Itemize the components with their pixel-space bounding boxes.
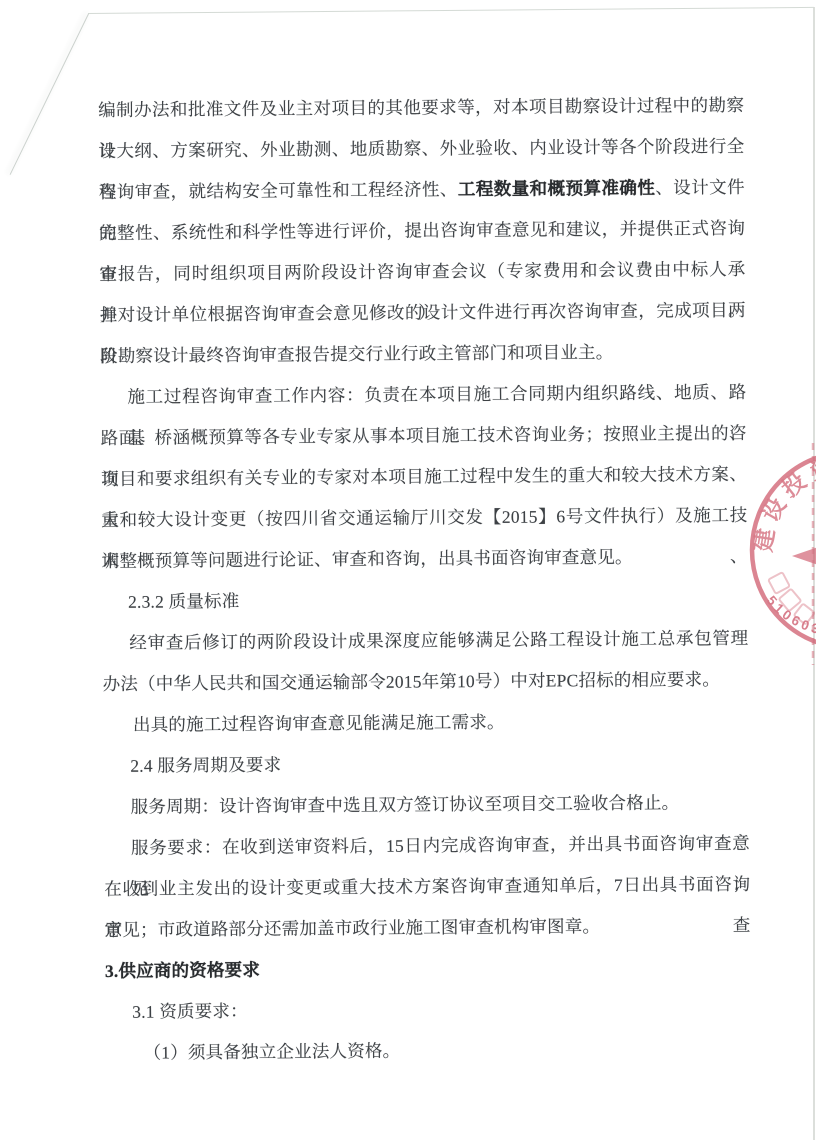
text-line: 3.供应商的资格要求 (105, 946, 751, 992)
text-segment: 3.1 资质要求： (132, 1001, 248, 1022)
text-line: 计大纲、方案研究、外业勘测、地质勘察、外业验收、内业设计等各个阶段进行全程 (98, 126, 744, 172)
text-line: 服务要求：在收到送审资料后，15日内完成咨询审查，并出具书面咨询审查意见； (104, 823, 750, 869)
text-segment: 段勘察设计最终咨询审查报告提交行业行政主管部门和项目业主。 (100, 342, 613, 366)
text-segment: 2.4 服务周期及要求 (130, 755, 281, 776)
text-line: 2.3.2 质量标准 (102, 577, 748, 623)
text-line: 2.4 服务周期及要求 (103, 741, 749, 787)
stamp-outer-ring (752, 452, 816, 648)
text-line: 完整性、系统性和科学性等进行评价，提出咨询审查意见和建议，并提供正式咨询审 (99, 208, 745, 254)
text-segment: 经审查后修订的两阶段设计成果深度应能够满足公路工程设计施工总承包管理 (129, 628, 748, 653)
text-segment: 咨询审查，就结构安全可靠性和工程经济性、 (99, 179, 458, 202)
stamp-serial-number: 5106035 (764, 593, 816, 638)
stamp-smudge-glyphs (768, 572, 815, 624)
text-line: 咨询审查，就结构安全可靠性和工程经济性、工程数量和概预算准确性、设计文件的 (99, 167, 745, 213)
document-text: 编制办法和批准文件及业主对项目的其他要求等，对本项目勘察设计过程中的勘察设计大纲… (98, 85, 752, 1074)
text-line: 查报告，同时组织项目两阶段设计咨询审查会议（专家费用和会议费由中标人承担）。 (99, 249, 745, 295)
text-line: 办法（中华人民共和国交通运输部令2015年第10号）中对EPC招标的相应要求。 (103, 659, 749, 705)
text-segment: 调整概预算等问题进行论证、审查和咨询，出具书面咨询审查意见。 (102, 547, 633, 571)
text-line: 3.1 资质要求： (105, 987, 751, 1033)
text-line: 路面、桥涵概预算等各专业专家从事本项目施工技术咨询业务；按照业主提出的咨询 (101, 413, 747, 459)
text-line: 大和较大设计变更（按四川省交通运输厅川交发【2015】6号文件执行）及施工技术、 (101, 495, 747, 541)
text-segment: （1）须具备独立企业法人资格。 (143, 1041, 400, 1063)
text-segment: 办法（中华人民共和国交通运输部令2015年第10号）中对EPC招标的相应要求。 (103, 669, 721, 694)
text-line: 项目和要求组织有关专业的专家对本项目施工过程中发生的重大和较大技术方案、重 (101, 454, 747, 500)
text-line: 服务周期：设计咨询审查中选且双方签订协议至项目交工验收合格止。 (103, 782, 749, 828)
page-corner-fold-line (10, 14, 89, 175)
text-line: 并对设计单位根据咨询审查会意见修改的设计文件进行再次咨询审查，完成项目两阶 (100, 290, 746, 336)
text-line: 施工过程咨询审查工作内容：负责在本项目施工合同期内组织路线、地质、路基、 (100, 372, 746, 418)
stamp-arc-text: 建设投资 (751, 451, 816, 553)
svg-text:5106035: 5106035 (764, 593, 816, 638)
bold-text-segment: 3.供应商的资格要求 (105, 960, 260, 981)
text-segment: 2.3.2 质量标准 (128, 591, 240, 612)
svg-text:建设投资: 建设投资 (751, 451, 816, 553)
text-line: 在收到业主发出的设计变更或重大技术方案咨询审查通知单后，7日出具书面咨询审查 (104, 864, 750, 910)
text-line: 编制办法和批准文件及业主对项目的其他要求等，对本项目勘察设计过程中的勘察设 (98, 85, 744, 131)
bold-text-segment: 工程数量和概预算准确性 (458, 178, 656, 200)
text-segment: 出具的施工过程咨询审查意见能满足施工需求。 (133, 712, 505, 735)
text-line: 段勘察设计最终咨询审查报告提交行业行政主管部门和项目业主。 (100, 331, 746, 377)
text-line: （1）须具备独立企业法人资格。 (105, 1028, 751, 1074)
text-line: 经审查后修订的两阶段设计成果深度应能够满足公路工程设计施工总承包管理 (102, 618, 748, 664)
page-top-edge-line (88, 7, 814, 14)
text-line: 出具的施工过程咨询审查意见能满足施工需求。 (103, 700, 749, 746)
page-right-edge-line (813, 7, 815, 1140)
text-segment: 意见；市政道路部分还需加盖市政行业施工图审查机构审图章。 (105, 916, 601, 940)
text-segment: 服务周期：设计咨询审查中选且双方签订协议至项目交工验收合格止。 (131, 792, 680, 816)
